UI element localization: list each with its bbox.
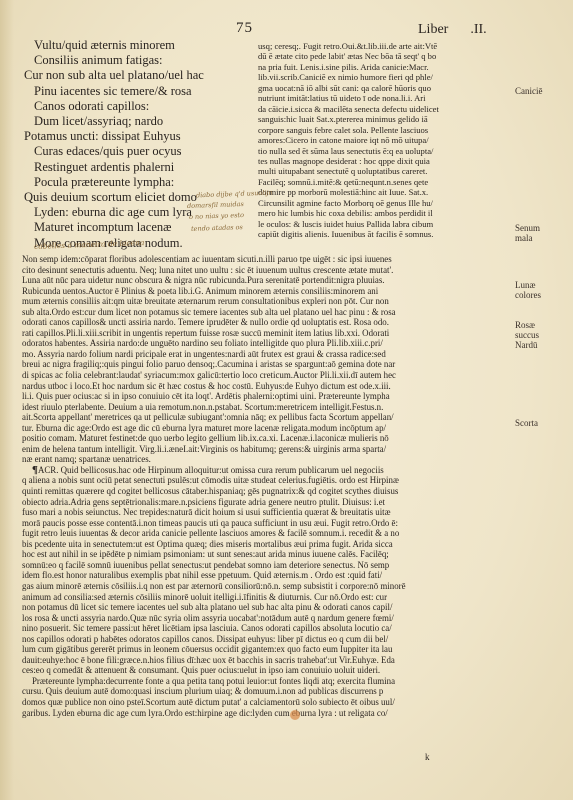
commentary-line: nos capillos odorati p habētes odoratos …: [22, 634, 509, 645]
commentary-line: positio comam. Maturet festinet:de quo u…: [22, 433, 509, 444]
commentary-line: gas aium minorē æternis cōsiliis.i.q non…: [22, 581, 509, 592]
margin-note-rosae-succus-nardu: Rosæ succus Nardū: [515, 320, 539, 350]
pilcrow-icon: ¶: [32, 465, 38, 476]
commentary-line: tio nulla sed ēt sūma laus senectutis ē:…: [258, 146, 508, 156]
commentary-line: lum cum gigātibus gererēt primus in leon…: [22, 644, 509, 655]
commentary-line: garibus. Lyden eburna dic age cum lyra.O…: [22, 708, 509, 719]
verse-line: Pocula prætereunte lympha:: [24, 175, 264, 190]
commentary-line: amores:Cicero in catone maiore iqt nō mō…: [258, 135, 508, 145]
handwritten-note-3: o no nias yo esto: [189, 211, 244, 222]
commentary-line: le oculos: & luscis iuidet huius Pallida…: [258, 219, 508, 229]
margin-note-canicie: Caniciē: [515, 86, 543, 96]
folio-number: 75: [236, 20, 253, 37]
commentary-line: ¶ACR. Quid bellicosus.hac ode Hirpinum a…: [22, 465, 509, 476]
commentary-line: somnū:eo q facilē somnū iuuenibus pellat…: [22, 560, 509, 571]
commentary-line: tes nullas magnope desiderat : hoc qppe …: [258, 156, 508, 166]
commentary-line: morā paucis posse esse contentā.i.non ti…: [22, 518, 509, 529]
commentary-line: cursu. Quis deuium autē domo:quasi insci…: [22, 686, 509, 697]
verse-line: Consiliis animum fatigas:: [24, 53, 264, 68]
running-head: Liber.II.: [418, 22, 487, 38]
commentary-line: nino posuerit. Sic temere passi:ut hēret…: [22, 623, 509, 634]
commentary-line: hoc est aut nihil in se ipēdēte p nimiam…: [22, 549, 509, 560]
commentary-line: cito desinunt senectutis aduentu. Neq; l…: [22, 265, 509, 276]
commentary-line: dormire pp morborū molestiā:hinc ait Iuu…: [258, 187, 508, 197]
commentary-line: lib.vii.scrib.Caniciē ex nimio humore fi…: [258, 72, 508, 82]
verse-line: Vultu/quid æternis minorem: [24, 38, 264, 53]
commentary-line: di spicas ac folia celebrant:laudat' syr…: [22, 370, 509, 381]
commentary-line: fuso mari a nobis seiunctus. Nec trepide…: [22, 507, 509, 518]
verse-line: Pinu iacentes sic temere/& rosa: [24, 84, 264, 99]
running-head-liber: Liber: [418, 22, 448, 37]
commentary-line: mero hic lumbis hic coxa debilis: ambos …: [258, 208, 508, 218]
commentary-line: nutriunt imitāt:latius tū uideto ī ode n…: [258, 93, 508, 103]
ink-stain: [290, 710, 300, 720]
commentary-line: fugit retro leuis iuuentas & decor arida…: [22, 528, 509, 539]
commentary-line: bis pcedente uita in senectutem:ut est O…: [22, 539, 509, 550]
commentary-line: domos quæ publice non oino psteī.Scortum…: [22, 697, 509, 708]
commentary-line: breui ac nigra fragiliq;:quis pingui fol…: [22, 359, 509, 370]
commentary-line: odorati canos capillos& uncti assiria na…: [22, 317, 509, 328]
commentary-line: sanguis:hic luait Sat.x.ptererea minimus…: [258, 114, 508, 124]
gutter-shadow: [0, 0, 14, 800]
verse-line: Cur non sub alta uel platano/uel hac: [24, 68, 264, 83]
commentary-line: q aliena a nobis sunt ociū petat senectu…: [22, 475, 509, 486]
margin-note-lunae-colores: Lunæ colores: [515, 280, 541, 300]
commentary-line: sub alta.Ordo est:cur dum licet non pota…: [22, 307, 509, 318]
commentary-line: li.i. Quis puer ocius:ac si in ipso conu…: [22, 391, 509, 402]
commentary-line: los rosa & uncti assyria nardo.Quæ nūc s…: [22, 613, 509, 624]
handwritten-note-4: tendo atadas os: [191, 223, 243, 234]
commentary-line: quinti remittas quærere qd cogitet belli…: [22, 486, 509, 497]
running-head-book: .II.: [470, 22, 486, 37]
commentary-line: nardus utboc i loco.Et hoc nardum sic ēt…: [22, 381, 509, 392]
commentary-line: Luna aūt nūc para uidetur nunc obscura &…: [22, 275, 509, 286]
commentary-line: enim de helena tantum intelligit. Virg.l…: [22, 444, 509, 455]
commentary-line: Non semp idem:cōparat floribus adolescen…: [22, 254, 509, 265]
commentary-line: da cāicie.i.sicca & macilēta senecta def…: [258, 104, 508, 114]
commentary-line: dū ē ætate cito pede labit' ætas Nec bōa…: [258, 51, 508, 61]
commentary-line: odoratos habentes. Assiria nardo:de ungu…: [22, 338, 509, 349]
commentary-line: tur. Eburna dic age:Ordo est age dic cū …: [22, 423, 509, 434]
commentary-line: ait.Scorta appellant' meretrices qa ut p…: [22, 412, 509, 423]
verse-line: Potamus uncti: dissipat Euhyus: [24, 129, 264, 144]
commentary-line: dauit:euhye:hoc ē bone fili:græce.n.hios…: [22, 655, 509, 666]
commentary-line: mum æternis consiliis ait:qm uitæ breuit…: [22, 296, 509, 307]
commentary-line: gma uocat:nā iō albi sūt cani: qa calorē…: [258, 83, 508, 93]
margin-note-senum-mala: Senum mala: [515, 223, 540, 243]
commentary-full-width: Non semp idem:cōparat floribus adolescen…: [22, 254, 509, 718]
commentary-line: Circunsilit agmine facto Morborq oē genu…: [258, 198, 508, 208]
commentary-line: Rubicunda uentos.Auctor ē Plinius & poet…: [22, 286, 509, 297]
verse-line: Curas edaces/quis puer ocyus: [24, 144, 264, 159]
book-page: 75 Liber.II. Vultu/quid æternis minoremC…: [0, 0, 573, 800]
commentary-line: rati capillos.Pli.li.xiii.scribit in ung…: [22, 328, 509, 339]
commentary-line: mo. Assyria nardo folium nardi pricipale…: [22, 349, 509, 360]
commentary-line: Facilēq; somnū.i.mitē:& qetū:nequnt.n.se…: [258, 177, 508, 187]
commentary-line: multi uitupabant senectutē q uoluptatibu…: [258, 166, 508, 176]
margin-note-scorta: Scorta: [515, 418, 538, 428]
commentary-line: non potamus dū licet sic temere iacentes…: [22, 602, 509, 613]
verse-line: Restinguet ardentis phalerni: [24, 160, 264, 175]
commentary-line: corpore sanguis febre calet sola. Pellen…: [258, 125, 508, 135]
signature-mark: k: [425, 752, 430, 762]
commentary-line: næ erant namq; spartanæ uenatrices.: [22, 454, 509, 465]
commentary-line: na pria fuit. Lenis.i.sine pilis. Arida …: [258, 62, 508, 72]
commentary-line: idem flo.est honor naturalibus exemplis …: [22, 570, 509, 581]
verse-line: Dum licet/assyriaq; nardo: [24, 114, 264, 129]
verse-line: Canos odorati capillos:: [24, 99, 264, 114]
commentary-line: obiecto adria.Adria gens septētrionalis:…: [22, 497, 509, 508]
commentary-line: usq; ceresq;. Fugit retro.Oui.&t.lib.iii…: [258, 41, 508, 51]
commentary-line: Prætereunte lympha:decurrente fonte a qu…: [22, 676, 509, 687]
commentary-line: idest riuulo pterlabente. Deuium a uia r…: [22, 402, 509, 413]
commentary-line: animum ad consilia:sed æternis cōsiliis …: [22, 592, 509, 603]
commentary-right-column: usq; ceresq;. Fugit retro.Oui.&t.lib.iii…: [258, 41, 508, 240]
commentary-line: capiūt digitis alienis. Iuuenibus āt fac…: [258, 229, 508, 239]
commentary-line: ces:eo q comedāt & attenuent & consumant…: [22, 665, 509, 676]
